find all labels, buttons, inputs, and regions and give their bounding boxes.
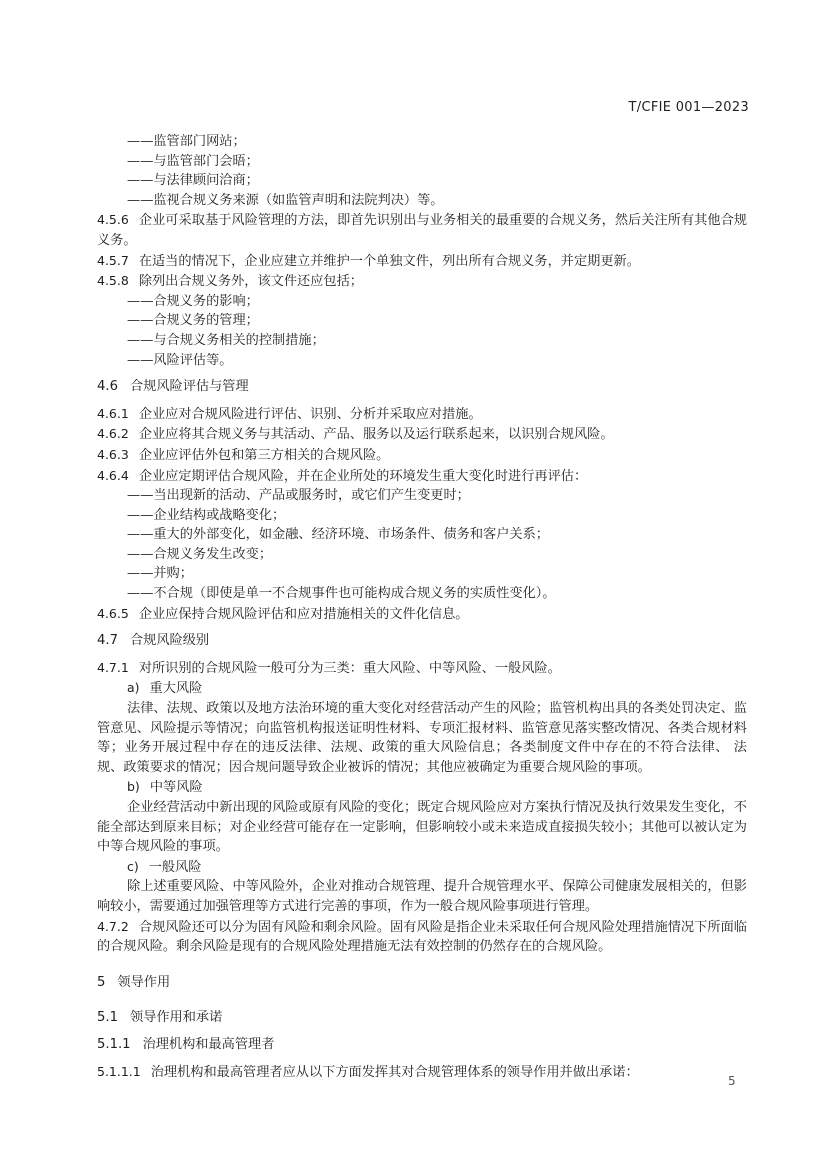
item-label: c) <box>127 859 139 874</box>
document-page: T/CFIE 001—2023 ——监管部门网站； ——与监管部门会晤； ——与… <box>0 0 827 1170</box>
list-item: ——并购； <box>97 564 747 584</box>
clause-number: 4.6.3 <box>97 447 129 462</box>
clause-text: 企业可采取基于风险管理的方法，即首先识别出与业务相关的最重要的合规义务，然后关注… <box>97 213 747 248</box>
clause-number: 4.6.2 <box>97 426 129 441</box>
risk-level-c: c)一般风险 <box>97 857 747 878</box>
section-number: 4.7 <box>97 633 118 648</box>
clause-number: 5.1.1.1 <box>97 1064 141 1079</box>
list-item: ——当出现新的活动、产品或服务时，或它们产生变更时； <box>97 486 747 506</box>
item-title: 一般风险 <box>149 860 202 875</box>
clause-4-7-1: 4.7.1对所识别的合规风险一般可分为三类：重大风险、中等风险、一般风险。 <box>97 658 747 679</box>
clause-text: 企业应评估外包和第三方相关的合规风险。 <box>139 448 390 463</box>
list-item: ——监管部门网站； <box>97 132 747 152</box>
clause-number: 4.6.4 <box>97 468 129 483</box>
item-label: b) <box>127 779 140 794</box>
clause-text: 企业应定期评估合规风险，并在企业所处的环境发生重大变化时进行再评估： <box>139 469 587 484</box>
section-number: 5 <box>97 975 105 990</box>
section-heading-5-1-1: 5.1.1治理机构和最高管理者 <box>97 1035 747 1055</box>
clause-5-1-1-1: 5.1.1.1治理机构和最高管理者应从以下方面发挥其对合规管理体系的领导作用并做… <box>97 1062 747 1083</box>
clause-text: 企业应将其合规义务与其活动、产品、服务以及运行联系起来，以识别合规风险。 <box>139 427 614 442</box>
clause-text: 在适当的情况下，企业应建立并维护一个单独文件，列出所有合规义务，并定期更新。 <box>139 254 640 269</box>
section-number: 5.1.1 <box>97 1037 131 1052</box>
clause-text: 对所识别的合规风险一般可分为三类：重大风险、中等风险、一般风险。 <box>139 661 561 676</box>
list-item: ——与法律顾问洽商； <box>97 171 747 191</box>
item-title: 中等风险 <box>150 780 203 795</box>
clause-4-5-6: 4.5.6企业可采取基于风险管理的方法，即首先识别出与业务相关的最重要的合规义务… <box>97 210 747 250</box>
clause-text: 企业应保持合规风险评估和应对措施相关的文件化信息。 <box>139 607 469 622</box>
clause-4-6-4: 4.6.4企业应定期评估合规风险，并在企业所处的环境发生重大变化时进行再评估： <box>97 466 747 487</box>
section-heading-4-7: 4.7合规风险级别 <box>97 631 747 651</box>
section-title: 合规风险评估与管理 <box>130 379 249 394</box>
section-heading-5-1: 5.1领导作用和承诺 <box>97 1008 747 1028</box>
clause-text: 治理机构和最高管理者应从以下方面发挥其对合规管理体系的领导作用并做出承诺： <box>151 1065 639 1080</box>
risk-level-b-description: 企业经营活动中新出现的风险或原有风险的变化；既定合规风险应对方案执行情况及执行效… <box>97 798 747 857</box>
risk-level-b: b)中等风险 <box>97 777 747 798</box>
list-item: ——合规义务的管理； <box>97 311 747 331</box>
section-heading-4-6: 4.6合规风险评估与管理 <box>97 377 747 397</box>
section-number: 4.6 <box>97 379 118 394</box>
list-item: ——与监管部门会晤； <box>97 152 747 172</box>
risk-level-c-description: 除上述重要风险、中等风险外，企业对推动合规管理、提升合规管理水平、保障公司健康发… <box>97 877 747 916</box>
clause-4-6-1: 4.6.1企业应对合规风险进行评估、识别、分析并采取应对措施。 <box>97 404 747 425</box>
clause-4-5-8: 4.5.8除列出合规义务外，该文件还应包括； <box>97 271 747 292</box>
risk-level-a-description: 法律、法规、政策以及地方法治环境的重大变化对经营活动产生的风险；监管机构出具的各… <box>97 699 747 777</box>
clause-number: 4.5.7 <box>97 253 129 268</box>
clause-4-6-5: 4.6.5企业应保持合规风险评估和应对措施相关的文件化信息。 <box>97 604 747 625</box>
clause-text: 除列出合规义务外，该文件还应包括； <box>139 274 363 289</box>
clause-number: 4.6.5 <box>97 606 129 621</box>
clause-number: 4.7.1 <box>97 660 129 675</box>
clause-number: 4.5.8 <box>97 273 129 288</box>
list-item: ——合规义务的影响； <box>97 292 747 312</box>
clause-text: 合规风险还可以分为固有风险和剩余风险。固有风险是指企业未采取任何合规风险处理措施… <box>97 920 747 955</box>
item-title: 重大风险 <box>150 681 203 696</box>
section-title: 领导作用和承诺 <box>130 1010 222 1025</box>
clause-number: 4.7.2 <box>97 919 129 934</box>
list-item: ——重大的外部变化，如金融、经济环境、市场条件、债务和客户关系； <box>97 525 747 545</box>
list-item: ——合规义务发生改变； <box>97 545 747 565</box>
clause-4-6-2: 4.6.2企业应将其合规义务与其活动、产品、服务以及运行联系起来，以识别合规风险… <box>97 424 747 445</box>
clause-4-5-7: 4.5.7在适当的情况下，企业应建立并维护一个单独文件，列出所有合规义务，并定期… <box>97 251 747 272</box>
section-title: 领导作用 <box>117 975 170 990</box>
clause-number: 4.6.1 <box>97 406 129 421</box>
section-title: 治理机构和最高管理者 <box>143 1037 275 1052</box>
section-title: 合规风险级别 <box>130 633 209 648</box>
clause-text: 企业应对合规风险进行评估、识别、分析并采取应对措施。 <box>139 407 482 422</box>
clause-4-6-3: 4.6.3企业应评估外包和第三方相关的合规风险。 <box>97 445 747 466</box>
list-item: ——监视合规义务来源（如监管声明和法院判决）等。 <box>97 191 747 211</box>
list-item: ——风险评估等。 <box>97 351 747 371</box>
page-number: 5 <box>728 1074 736 1088</box>
clause-number: 4.5.6 <box>97 212 129 227</box>
standard-code: T/CFIE 001—2023 <box>629 100 749 115</box>
list-item: ——与合规义务相关的控制措施； <box>97 331 747 351</box>
list-item: ——企业结构或战略变化； <box>97 506 747 526</box>
clause-4-7-2: 4.7.2合规风险还可以分为固有风险和剩余风险。固有风险是指企业未采取任何合规风… <box>97 917 747 957</box>
list-item: ——不合规（即使是单一不合规事件也可能构成合规义务的实质性变化）。 <box>97 584 747 604</box>
section-number: 5.1 <box>97 1010 118 1025</box>
risk-level-a: a)重大风险 <box>97 678 747 699</box>
item-label: a) <box>127 680 140 695</box>
chapter-heading-5: 5领导作用 <box>97 973 747 993</box>
document-body: ——监管部门网站； ——与监管部门会晤； ——与法律顾问洽商； ——监视合规义务… <box>97 132 747 1082</box>
